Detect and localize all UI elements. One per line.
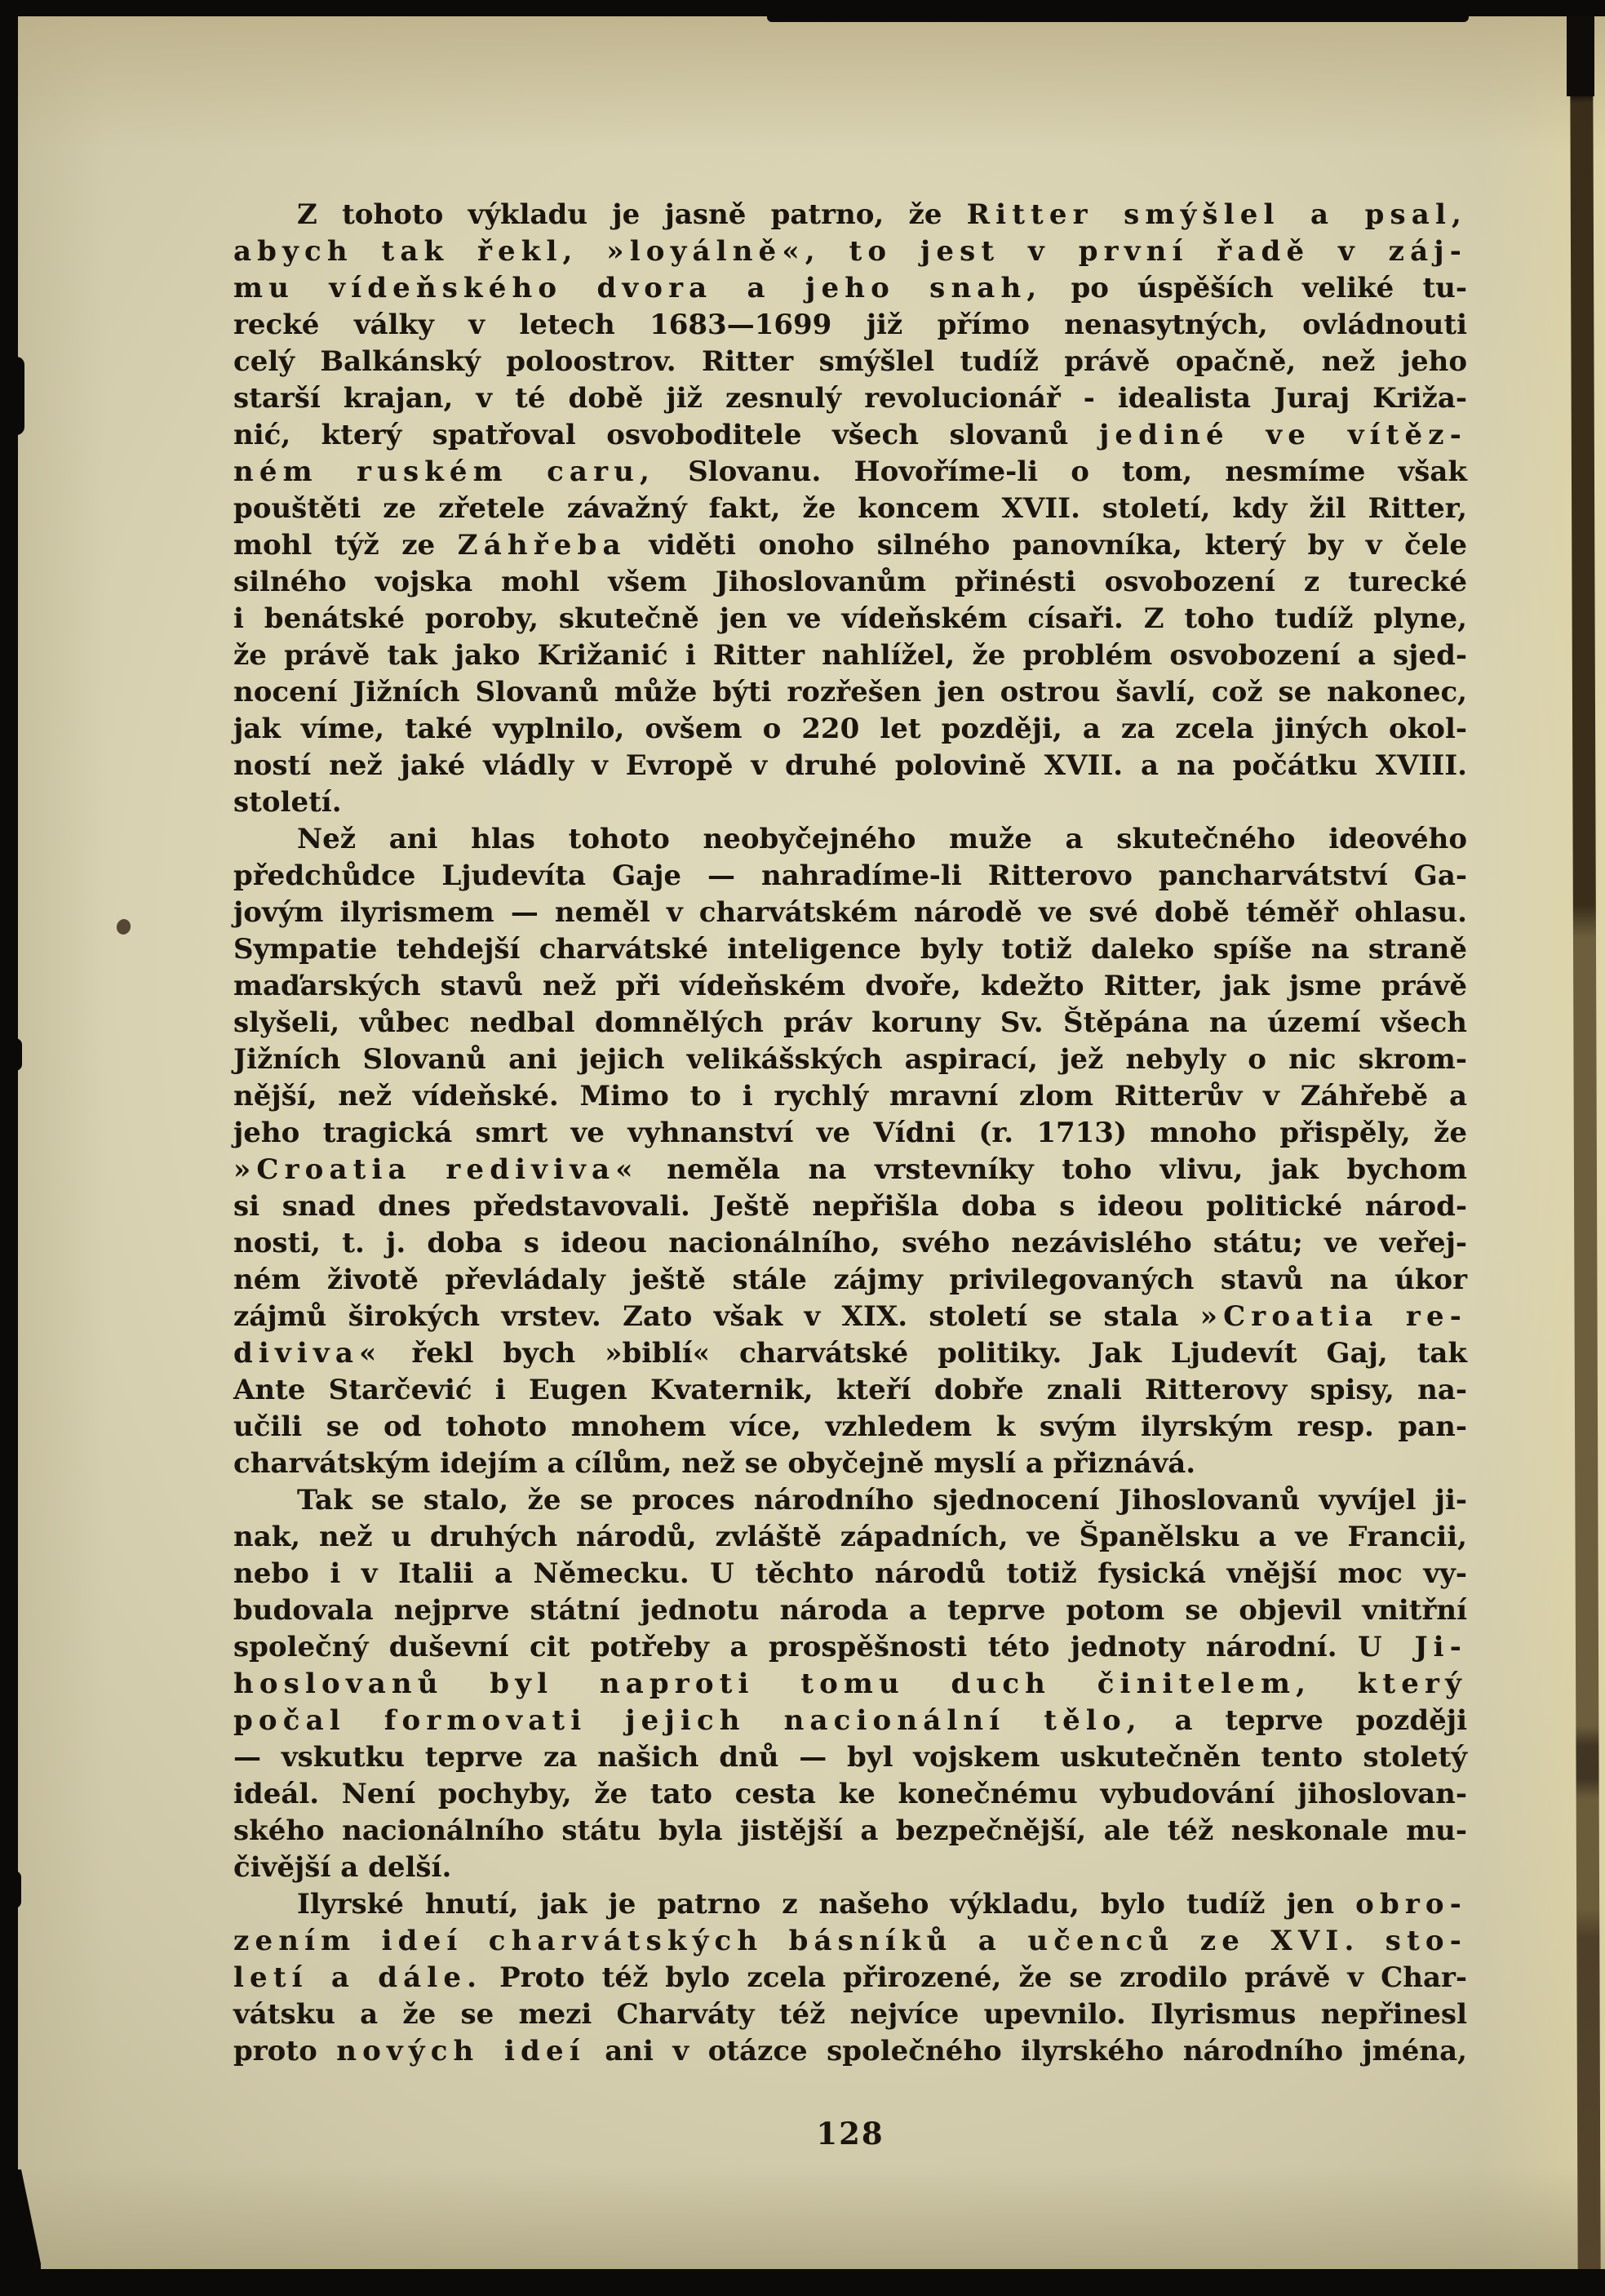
text-line: charvátským idejím a cílům, než se obyče…: [233, 1446, 1467, 1482]
text-segment: Proto též bylo zcela přirozené, že se zr…: [482, 1961, 1467, 1994]
text-line: Z tohoto výkladu je jasně patrno, že Rit…: [233, 197, 1467, 233]
text-line: proto nových ideí ani v otázce společnéh…: [233, 2033, 1467, 2070]
text-segment: že právě tak jako Križanić i Ritter nahl…: [233, 639, 1467, 672]
text-segment: recké války v letech 1683—1699 již přímo…: [233, 309, 1467, 341]
page-number: 128: [233, 2116, 1467, 2152]
text-segment: ností než jaké vládly v Evropě v druhé p…: [233, 749, 1467, 782]
text-segment: řekl bych »biblí« charvátské politiky. J…: [382, 1337, 1467, 1370]
emphasized-text-segment: »Croatia rediviva«: [233, 1153, 639, 1186]
text-segment: slyšeli, vůbec nedbal domnělých práv kor…: [233, 1006, 1467, 1039]
text-segment: budovala nejprve státní jednotu národa a…: [233, 1594, 1467, 1627]
text-line: učili se od tohoto mnohem více, vzhledem…: [233, 1409, 1467, 1446]
text-line: že právě tak jako Križanić i Ritter nahl…: [233, 637, 1467, 674]
text-segment: století.: [233, 786, 342, 819]
text-line: Ante Starčević i Eugen Kvaternik, kteří …: [233, 1372, 1467, 1409]
text-line: století.: [233, 784, 1467, 821]
text-segment: jovým ilyrismem — neměl v charvátském ná…: [233, 896, 1467, 929]
text-segment: čivější a delší.: [233, 1851, 451, 1884]
text-line: Než ani hlas tohoto neobyčejného muže a …: [233, 821, 1467, 858]
text-segment: silného vojska mohl všem Jihoslovanům př…: [233, 566, 1467, 598]
text-segment: nak, než u druhých národů, zvláště západ…: [233, 1521, 1467, 1553]
text-segment: vátsku a že se mezi Charváty též nejvíce…: [233, 1998, 1467, 2031]
emphasized-text-segment: Záhřeba: [458, 529, 627, 562]
scan-border-left: [0, 0, 18, 2296]
text-segment: pouštěti ze zřetele závažný fakt, že kon…: [233, 492, 1467, 525]
text-segment: Ilyrské hnutí, jak je patrno z našeho vý…: [297, 1888, 1355, 1921]
text-line: i benátské poroby, skutečně jen ve vídeň…: [233, 601, 1467, 637]
text-segment: Sympatie tehdejší charvátské inteligence…: [233, 933, 1467, 966]
text-block: Z tohoto výkladu je jasně patrno, že Rit…: [233, 197, 1467, 2070]
text-segment: nocení Jižních Slovanů může býti rozřeše…: [233, 676, 1467, 708]
text-segment: učili se od tohoto mnohem více, vzhledem…: [233, 1410, 1467, 1443]
text-line: diviva« řekl bych »biblí« charvátské pol…: [233, 1335, 1467, 1372]
text-line: nocení Jižních Slovanů může býti rozřeše…: [233, 674, 1467, 711]
text-segment: maďarských stavů než při vídeňském dvoře…: [233, 970, 1467, 1002]
text-line: nější, než vídeňské. Mimo to i rychlý mr…: [233, 1078, 1467, 1115]
text-line: jovým ilyrismem — neměl v charvátském ná…: [233, 895, 1467, 931]
text-line: předchůdce Ljudevíta Gaje — nahradíme-li…: [233, 858, 1467, 895]
emphasized-text-segment: zením ideí charvátských básníků a učenců…: [233, 1925, 1467, 1957]
text-segment: viděti onoho silného panovníka, který by…: [627, 529, 1467, 562]
text-line: počal formovati jejich nacionální tělo, …: [233, 1703, 1467, 1739]
emphasized-text-segment: počal formovati jejich nacionální tělo,: [233, 1704, 1142, 1737]
emphasized-text-segment: hoslovanů byl naproti tomu duch činitele…: [233, 1668, 1467, 1700]
text-segment: nější, než vídeňské. Mimo to i rychlý mr…: [233, 1080, 1467, 1112]
text-segment: mohl týž ze: [233, 529, 458, 562]
text-line: ném životě převládaly ještě stále zájmy …: [233, 1262, 1467, 1299]
emphasized-text-segment: »Croatia re-: [1200, 1300, 1467, 1333]
text-line: si snad dnes představovali. Ještě nepřiš…: [233, 1188, 1467, 1225]
text-segment: Než ani hlas tohoto neobyčejného muže a …: [297, 823, 1467, 855]
text-segment: neměla na vrstevníky toho vlivu, jak byc…: [639, 1153, 1467, 1186]
text-line: nebo i v Italii a Německu. U těchto náro…: [233, 1556, 1467, 1592]
text-line: nak, než u druhých národů, zvláště západ…: [233, 1519, 1467, 1556]
text-segment: Z tohoto výkladu je jasně patrno, že: [297, 198, 967, 231]
emphasized-text-segment: diviva«: [233, 1337, 382, 1370]
emphasized-text-segment: jediné ve vítěz-: [1099, 419, 1467, 451]
emphasized-text-segment: abych tak řekl, »loyálně«, to jest v prv…: [233, 235, 1467, 268]
text-line: Sympatie tehdejší charvátské inteligence…: [233, 931, 1467, 968]
text-segment: Ante Starčević i Eugen Kvaternik, kteří …: [233, 1374, 1467, 1406]
text-segment: jeho tragická smrt ve vyhnanství ve Vídn…: [233, 1117, 1467, 1149]
text-line: jeho tragická smrt ve vyhnanství ve Vídn…: [233, 1115, 1467, 1152]
text-line: ského nacionálního státu byla jistější a…: [233, 1813, 1467, 1850]
text-line: jak víme, také vyplnilo, ovšem o 220 let…: [233, 711, 1467, 748]
emphasized-text-segment: U Ji-: [1358, 1631, 1467, 1663]
text-line: nosti, t. j. doba s ideou nacionálního, …: [233, 1225, 1467, 1262]
text-segment: Slovanu. Hovoříme-li o tom, nesmíme však: [655, 455, 1467, 488]
text-line: ností než jaké vládly v Evropě v druhé p…: [233, 748, 1467, 784]
text-segment: i benátské poroby, skutečně jen ve vídeň…: [233, 602, 1467, 635]
text-segment: společný duševní cit potřeby a prospěšno…: [233, 1631, 1358, 1663]
emphasized-text-segment: nových ideí: [336, 2035, 586, 2067]
scan-border-left-bump: [0, 1038, 22, 1071]
text-segment: celý Balkánský poloostrov. Ritter smýšle…: [233, 345, 1467, 378]
text-line: »Croatia rediviva« neměla na vrstevníky …: [233, 1152, 1467, 1188]
text-line: hoslovanů byl naproti tomu duch činitele…: [233, 1666, 1467, 1703]
scan-border-left-bump: [0, 1871, 21, 1908]
text-line: mu vídeňského dvora a jeho snah, po úspě…: [233, 270, 1467, 307]
emphasized-text-segment: letí a dále.: [233, 1961, 482, 1994]
text-line: zením ideí charvátských básníků a učenců…: [233, 1923, 1467, 1960]
text-line: — vskutku teprve za našich dnů — byl voj…: [233, 1739, 1467, 1776]
scan-border-bottom: [0, 2269, 1605, 2296]
text-line: společný duševní cit potřeby a prospěšno…: [233, 1629, 1467, 1666]
text-segment: ani v otázce společného ilyrského národn…: [586, 2035, 1467, 2067]
text-line: ném ruském caru, Slovanu. Hovoříme-li o …: [233, 454, 1467, 491]
text-line: abych tak řekl, »loyálně«, to jest v prv…: [233, 233, 1467, 270]
text-segment: si snad dnes představovali. Ještě nepřiš…: [233, 1190, 1467, 1223]
text-segment: jak víme, také vyplnilo, ovšem o 220 let…: [233, 713, 1467, 745]
text-segment: zájmů širokých vrstev. Zato však v XIX. …: [233, 1300, 1200, 1333]
text-segment: — vskutku teprve za našich dnů — byl voj…: [233, 1741, 1467, 1774]
text-segment: Tak se stalo, že se proces národního sje…: [297, 1484, 1467, 1517]
text-line: silného vojska mohl všem Jihoslovanům př…: [233, 564, 1467, 601]
text-line: letí a dále. Proto též bylo zcela přiroz…: [233, 1960, 1467, 1996]
text-segment: proto: [233, 2035, 336, 2067]
text-segment: nić, který spatřoval osvoboditele všech …: [233, 419, 1099, 451]
text-segment: ném životě převládaly ještě stále zájmy …: [233, 1263, 1467, 1296]
text-line: slyšeli, vůbec nedbal domnělých práv kor…: [233, 1005, 1467, 1041]
text-line: recké války v letech 1683—1699 již přímo…: [233, 307, 1467, 344]
text-line: zájmů širokých vrstev. Zato však v XIX. …: [233, 1299, 1467, 1335]
text-line: Tak se stalo, že se proces národního sje…: [233, 1482, 1467, 1519]
emphasized-text-segment: Ritter smýšlel a psal,: [967, 198, 1467, 231]
text-line: nić, který spatřoval osvoboditele všech …: [233, 417, 1467, 454]
text-line: celý Balkánský poloostrov. Ritter smýšle…: [233, 344, 1467, 380]
text-segment: ideál. Není pochyby, že tato cesta ke ko…: [233, 1778, 1467, 1810]
text-segment: charvátským idejím a cílům, než se obyče…: [233, 1447, 1195, 1480]
text-segment: nosti, t. j. doba s ideou nacionálního, …: [233, 1227, 1467, 1259]
scan-page: Z tohoto výkladu je jasně patrno, že Rit…: [0, 0, 1605, 2296]
text-line: Jižních Slovanů ani jejich velikášských …: [233, 1041, 1467, 1078]
text-segment: po úspěších veliké tu-: [1042, 272, 1467, 304]
text-line: mohl týž ze Záhřeba viděti onoho silného…: [233, 527, 1467, 564]
text-line: maďarských stavů než při vídeňském dvoře…: [233, 968, 1467, 1005]
text-segment: nebo i v Italii a Německu. U těchto náro…: [233, 1557, 1467, 1590]
text-line: vátsku a že se mezi Charváty též nejvíce…: [233, 1996, 1467, 2033]
text-segment: a teprve později: [1142, 1704, 1467, 1737]
text-line: čivější a delší.: [233, 1850, 1467, 1886]
text-line: budovala nejprve státní jednotu národa a…: [233, 1592, 1467, 1629]
text-line: Ilyrské hnutí, jak je patrno z našeho vý…: [233, 1886, 1467, 1923]
text-line: starší krajan, v té době již zesnulý rev…: [233, 380, 1467, 417]
text-line: pouštěti ze zřetele závažný fakt, že kon…: [233, 491, 1467, 527]
text-line: ideál. Není pochyby, že tato cesta ke ko…: [233, 1776, 1467, 1813]
emphasized-text-segment: mu vídeňského dvora a jeho snah,: [233, 272, 1042, 304]
scan-border-left-bump: [0, 357, 24, 435]
emphasized-text-segment: obro-: [1355, 1888, 1467, 1921]
text-segment: Jižních Slovanů ani jejich velikášských …: [233, 1043, 1467, 1076]
text-segment: starší krajan, v té době již zesnulý rev…: [233, 382, 1467, 415]
emphasized-text-segment: ném ruském caru,: [233, 455, 655, 488]
text-segment: předchůdce Ljudevíta Gaje — nahradíme-li…: [233, 859, 1467, 892]
text-segment: ského nacionálního státu byla jistější a…: [233, 1814, 1467, 1847]
scan-border-top-segment: [767, 0, 1469, 22]
